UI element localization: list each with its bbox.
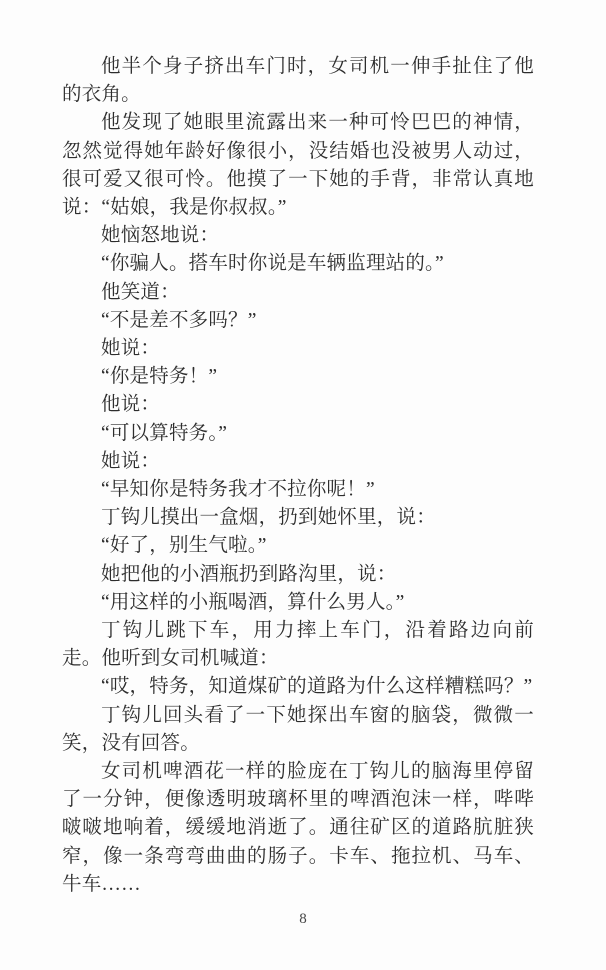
paragraph: 丁钩儿摸出一盒烟，扔到她怀里，说：: [62, 504, 534, 532]
paragraph: 她把他的小酒瓶扔到路沟里，说：: [62, 561, 534, 589]
paragraph: “不是差不多吗？”: [62, 307, 534, 335]
paragraph: “你骗人。搭车时你说是车辆监理站的。”: [62, 250, 534, 278]
paragraph: 她恼怒地说：: [62, 222, 534, 250]
paragraph: 女司机啤酒花一样的脸庞在丁钩儿的脑海里停留了一分钟，便像透明玻璃杯里的啤酒泡沫一…: [62, 758, 534, 899]
paragraph: 她说：: [62, 335, 534, 363]
book-page: 他半个身子挤出车门时，女司机一伸手扯住了他的衣角。 他发现了她眼里流露出来一种可…: [0, 0, 606, 970]
page-text-block: 他半个身子挤出车门时，女司机一伸手扯住了他的衣角。 他发现了她眼里流露出来一种可…: [62, 53, 534, 899]
paragraph: “用这样的小瓶喝酒，算什么男人。”: [62, 589, 534, 617]
paragraph: “好了，别生气啦。”: [62, 532, 534, 560]
paragraph: “你是特务！”: [62, 363, 534, 391]
paragraph: 他发现了她眼里流露出来一种可怜巴巴的神情，忽然觉得她年龄好像很小，没结婚也没被男…: [62, 109, 534, 222]
paragraph: 他笑道：: [62, 279, 534, 307]
paragraph: 丁钩儿回头看了一下她探出车窗的脑袋，微微一笑，没有回答。: [62, 702, 534, 758]
paragraph: 他半个身子挤出车门时，女司机一伸手扯住了他的衣角。: [62, 53, 534, 109]
paragraph: 丁钩儿跳下车，用力摔上车门，沿着路边向前走。他听到女司机喊道：: [62, 617, 534, 673]
paragraph: 他说：: [62, 391, 534, 419]
paragraph: 她说：: [62, 448, 534, 476]
paragraph: “可以算特务。”: [62, 420, 534, 448]
page-number: 8: [0, 908, 606, 930]
paragraph: “早知你是特务我才不拉你呢！”: [62, 476, 534, 504]
paragraph: “哎，特务，知道煤矿的道路为什么这样糟糕吗？”: [62, 673, 534, 701]
